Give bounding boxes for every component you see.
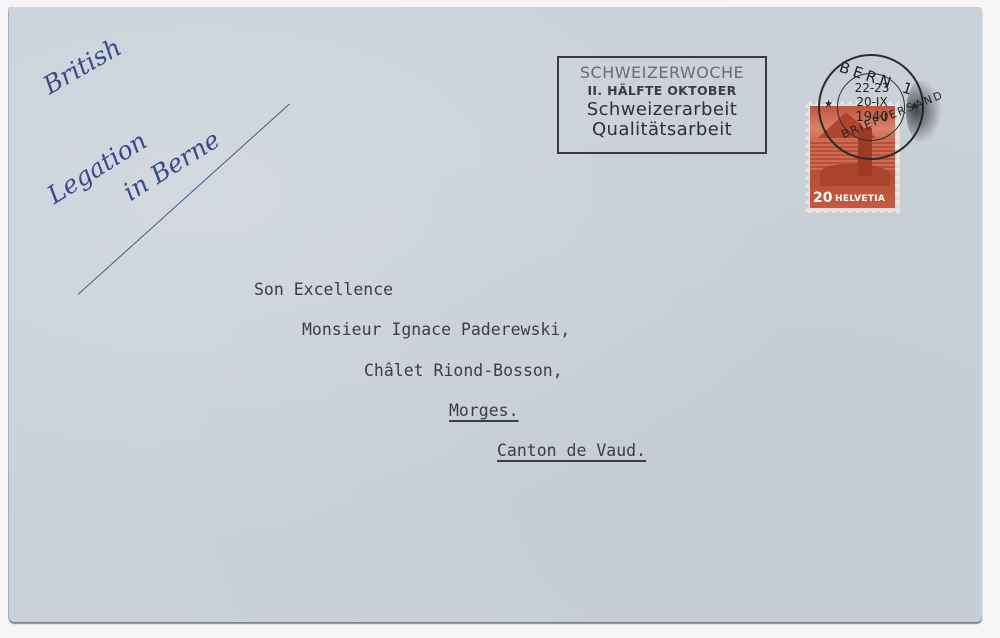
star-icon: ★ [824, 100, 833, 110]
rocks-icon [820, 164, 890, 186]
slogan-cancel-box: SCHWEIZERWOCHE II. HÄLFTE OKTOBER Schwei… [557, 56, 767, 154]
stamp-value: 20 [813, 190, 832, 206]
postmark-date: 20-IX [848, 96, 896, 108]
address-line-residence: Châlet Riond-Bosson, [364, 361, 563, 380]
address-line-name: Monsieur Ignace Paderewski, [302, 320, 570, 339]
postmark: BERN 1 ★ ★ 22-23 20-IX 1940 BRIEFVERSAND [818, 54, 924, 160]
address-line-salutation: Son Excellence [254, 280, 393, 299]
postmark-time: 22-23 [848, 82, 896, 94]
stamp-country: HELVETIA [835, 194, 885, 204]
slogan-line-4: Qualitätsarbeit [559, 121, 765, 139]
address-line-town: Morges. [449, 401, 519, 420]
slogan-line-2: II. HÄLFTE OKTOBER [559, 85, 765, 98]
slogan-line-1: SCHWEIZERWOCHE [559, 65, 765, 81]
slogan-line-3: Schweizerarbeit [559, 101, 765, 119]
address-line-canton: Canton de Vaud. [497, 441, 646, 460]
